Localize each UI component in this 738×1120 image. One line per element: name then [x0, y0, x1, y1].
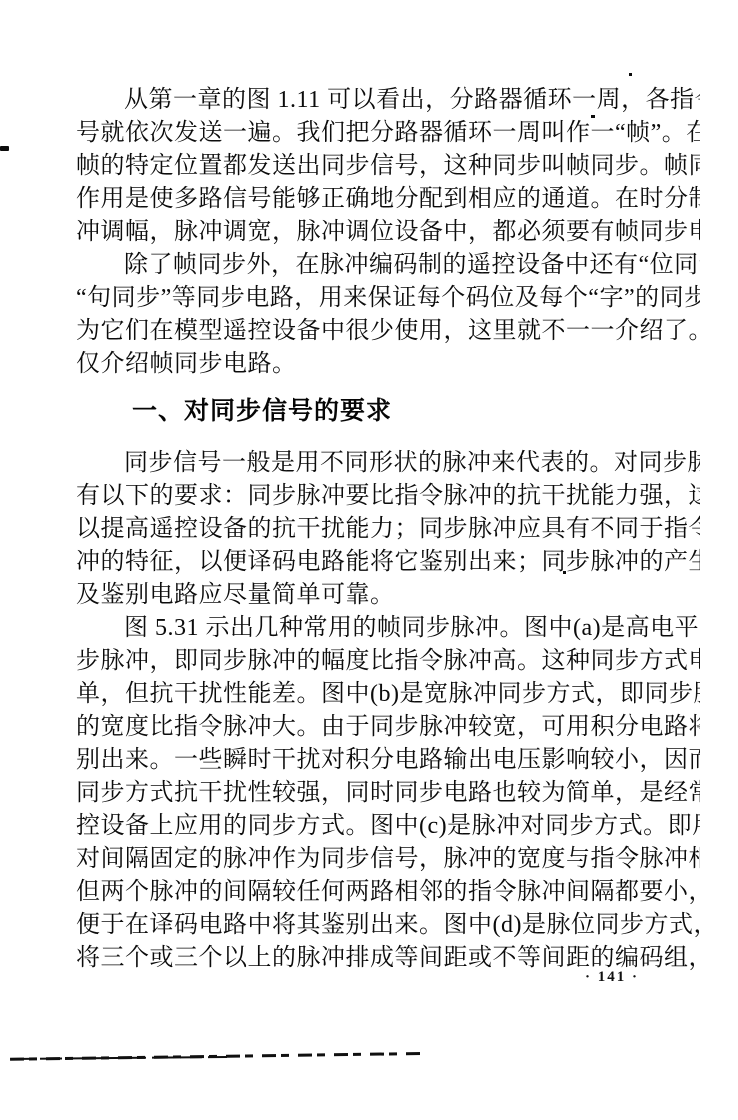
paragraph-4: 图 5.31 示出几种常用的帧同步脉冲。图中(a)是高电平同 步脉冲，即同步脉冲… — [76, 612, 700, 975]
paragraph-1: 从第一章的图 1.11 可以看出，分路器循环一周，各指令信 号就依次发送一遍。我… — [76, 84, 700, 249]
paragraph-3: 同步信号一般是用不同形状的脉冲来代表的。对同步脉冲 有以下的要求：同步脉冲要比指… — [76, 447, 700, 612]
text-line: 别出来。一些瞬时干扰对积分电路输出电压影响较小，因而这种 — [76, 744, 700, 777]
scan-artifact-speck — [591, 115, 595, 118]
text-line: 冲调幅，脉冲调宽，脉冲调位设备中，都必须要有帧同步电路。 — [76, 216, 700, 249]
scan-artifact-speck — [629, 73, 632, 76]
text-line: 对间隔固定的脉冲作为同步信号，脉冲的宽度与指令脉冲相等， — [76, 843, 700, 876]
text-line: 有以下的要求：同步脉冲要比指令脉冲的抗干扰能力强，这样可 — [76, 480, 700, 513]
text-line: 帧的特定位置都发送出同步信号，这种同步叫帧同步。帧同步的 — [76, 150, 700, 183]
section-heading: 一、对同步信号的要求 — [76, 395, 700, 428]
text-line: 号就依次发送一遍。我们把分路器循环一周叫作一“帧”。在每 — [76, 117, 700, 150]
text-line: 仅介绍帧同步电路。 — [76, 348, 700, 381]
text-block: 从第一章的图 1.11 可以看出，分路器循环一周，各指令信 号就依次发送一遍。我… — [76, 84, 700, 975]
text-line: 及鉴别电路应尽量简单可靠。 — [76, 579, 700, 612]
scan-artifact-speck — [563, 571, 566, 574]
text-line: 单，但抗干扰性能差。图中(b)是宽脉冲同步方式，即同步脉冲 — [76, 678, 700, 711]
text-line: 的宽度比指令脉冲大。由于同步脉冲较宽，可用积分电路将其鉴 — [76, 711, 700, 744]
text-line: 作用是使多路信号能够正确地分配到相应的通道。在时分制脉 — [76, 183, 700, 216]
text-line: 同步信号一般是用不同形状的脉冲来代表的。对同步脉冲 — [76, 447, 700, 480]
text-line: 控设备上应用的同步方式。图中(c)是脉冲对同步方式。即用一 — [76, 810, 700, 843]
page-number: · 141 · — [585, 969, 639, 986]
text-line: 步脉冲，即同步脉冲的幅度比指令脉冲高。这种同步方式电路简 — [76, 645, 700, 678]
text-line: 图 5.31 示出几种常用的帧同步脉冲。图中(a)是高电平同 — [76, 612, 700, 645]
text-line: 便于在译码电路中将其鉴别出来。图中(d)是脉位同步方式，是 — [76, 909, 700, 942]
book-page: 从第一章的图 1.11 可以看出，分路器循环一周，各指令信 号就依次发送一遍。我… — [0, 0, 738, 1120]
scan-artifact-left-dash — [0, 146, 9, 151]
paragraph-2: 除了帧同步外，在脉冲编码制的遥控设备中还有“位同步”、 “句同步”等同步电路，用… — [76, 249, 700, 381]
text-line: 同步方式抗干扰性较强，同时同步电路也较为简单，是经常在遥 — [76, 777, 700, 810]
text-line: 为它们在模型遥控设备中很少使用，这里就不一一介绍了。下面 — [76, 315, 700, 348]
text-line: 但两个脉冲的间隔较任何两路相邻的指令脉冲间隔都要小，以 — [76, 876, 700, 909]
text-line: 除了帧同步外，在脉冲编码制的遥控设备中还有“位同步”、 — [76, 249, 700, 282]
text-line: 冲的特征，以便译码电路能将它鉴别出来；同步脉冲的产生电路 — [76, 546, 700, 579]
text-line: 以提高遥控设备的抗干扰能力；同步脉冲应具有不同于指令脉 — [76, 513, 700, 546]
text-line: 从第一章的图 1.11 可以看出，分路器循环一周，各指令信 — [76, 84, 700, 117]
text-line: “句同步”等同步电路，用来保证每个码位及每个“字”的同步。因 — [76, 282, 700, 315]
